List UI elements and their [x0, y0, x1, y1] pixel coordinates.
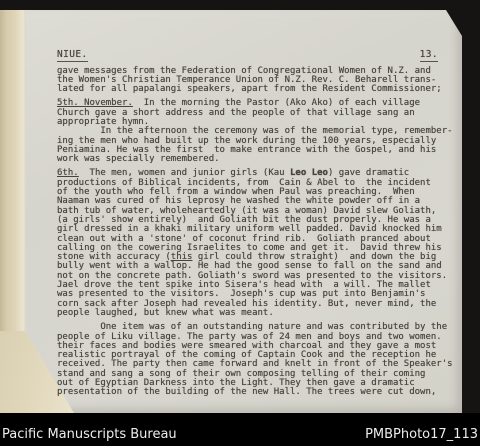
document-title: NIUE.	[57, 50, 88, 62]
page-number: 13.	[420, 50, 438, 62]
paragraph: gave messages from the Federation of Con…	[57, 67, 460, 95]
paragraph: 5th. November. In the morning the Pastor…	[57, 99, 460, 164]
photo-frame: NIUE. 13. gave messages from the Federat…	[0, 0, 480, 446]
document-header: NIUE. 13.	[57, 50, 460, 62]
text-line: work was specially remembered.	[57, 155, 460, 164]
typed-text: NIUE. 13. gave messages from the Federat…	[57, 50, 460, 398]
archive-name: Pacific Manuscripts Bureau	[2, 427, 177, 442]
caption-bar: Pacific Manuscripts Bureau PMBPhoto17_11…	[0, 413, 480, 446]
photo-id: PMBPhoto17_113	[365, 427, 478, 442]
text-line: people laughed, but knew what was meant.	[57, 309, 460, 318]
document-page: NIUE. 13. gave messages from the Federat…	[0, 10, 462, 413]
paragraphs: gave messages from the Federation of Con…	[57, 67, 460, 398]
paragraph: One item was of an outstanding nature an…	[57, 323, 460, 397]
text-line: presentation of the building of the new …	[57, 388, 460, 397]
paragraph: 6th. The men, women and junior girls (Ka…	[57, 169, 460, 318]
text-line: lated for all papalangi speakers, apart …	[57, 85, 460, 94]
